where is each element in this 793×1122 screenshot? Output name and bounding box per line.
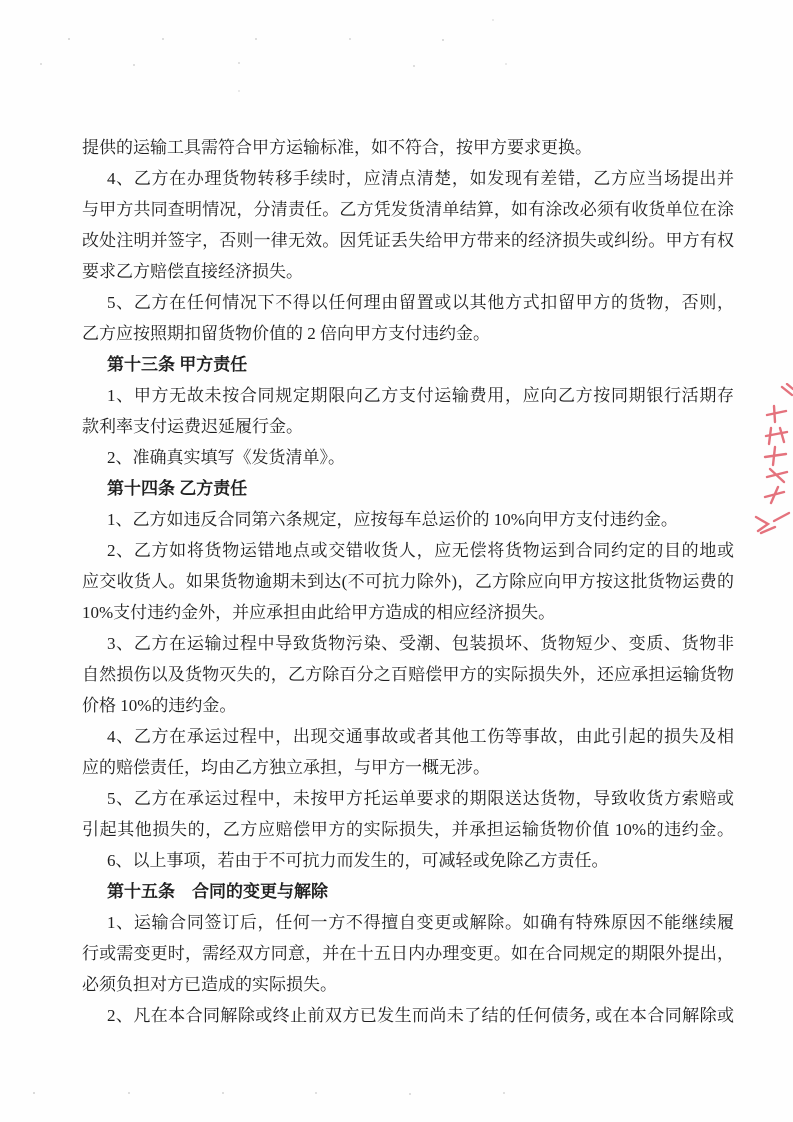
contract-line: 应的赔偿责任，均由乙方独立承担，与甲方一概无涉。 xyxy=(82,752,734,783)
contract-line: 提供的运输工具需符合甲方运输标准，如不符合，按甲方要求更换。 xyxy=(82,132,734,163)
contract-line: 引起其他损失的，乙方应赔偿甲方的实际损失，并承担运输货物价值 10%的违约金。 xyxy=(82,814,734,845)
contract-line: 2、凡在本合同解除或终止前双方已发生而尚未了结的任何债务, 或在本合同解除或 xyxy=(82,1000,734,1031)
contract-line: 要求乙方赔偿直接经济损失。 xyxy=(82,256,734,287)
contract-line: 1、运输合同签订后，任何一方不得擅自变更或解除。如确有特殊原因不能继续履 xyxy=(82,907,734,938)
contract-line: 4、乙方在办理货物转移手续时，应清点清楚，如发现有差错，乙方应当场提出并 xyxy=(82,163,734,194)
red-seal-strokes xyxy=(756,384,793,533)
contract-line: 乙方应按照期扣留货物价值的 2 倍向甲方支付违约金。 xyxy=(82,318,734,349)
contract-line: 改处注明并签字，否则一律无效。因凭证丢失给甲方带来的经济损失或纠纷。甲方有权 xyxy=(82,225,734,256)
section-heading: 第十三条 甲方责任 xyxy=(82,349,734,380)
contract-line: 款利率支付运费迟延履行金。 xyxy=(82,411,734,442)
contract-line: 6、以上事项，若由于不可抗力而发生的，可减轻或免除乙方责任。 xyxy=(82,845,734,876)
contract-line: 2、乙方如将货物运错地点或交错收货人，应无偿将货物运到合同约定的目的地或 xyxy=(82,535,734,566)
scan-noise-specks xyxy=(0,0,2,2)
contract-line: 1、乙方如违反合同第六条规定，应按每车总运价的 10%向甲方支付违约金。 xyxy=(82,504,734,535)
contract-line: 价格 10%的违约金。 xyxy=(82,690,734,721)
contract-line: 5、乙方在承运过程中，未按甲方托运单要求的期限送达货物，导致收货方索赔或 xyxy=(82,783,734,814)
contract-text-block: 提供的运输工具需符合甲方运输标准，如不符合，按甲方要求更换。4、乙方在办理货物转… xyxy=(82,132,734,1031)
contract-line: 应交收货人。如果货物逾期未到达(不可抗力除外)，乙方除应向甲方按这批货物运费的 xyxy=(82,566,734,597)
contract-line: 必须负担对方已造成的实际损失。 xyxy=(82,969,734,1000)
contract-line: 行或需变更时，需经双方同意，并在十五日内办理变更。如在合同规定的期限外提出， xyxy=(82,938,734,969)
contract-line: 3、乙方在运输过程中导致货物污染、受潮、包装损坏、货物短少、变质、货物非 xyxy=(82,628,734,659)
red-seal-stamp xyxy=(753,383,793,535)
contract-line: 2、准确真实填写《发货清单》。 xyxy=(82,442,734,473)
contract-line: 5、乙方在任何情况下不得以任何理由留置或以其他方式扣留甲方的货物，否则， xyxy=(82,287,734,318)
contract-line: 自然损伤以及货物灭失的，乙方除百分之百赔偿甲方的实际损失外，还应承担运输货物 xyxy=(82,659,734,690)
section-heading: 第十五条 合同的变更与解除 xyxy=(82,876,734,907)
contract-line: 10%支付违约金外，并应承担由此给甲方造成的相应经济损失。 xyxy=(82,597,734,628)
contract-line: 与甲方共同查明情况，分清责任。乙方凭发货清单结算，如有涂改必须有收货单位在涂 xyxy=(82,194,734,225)
section-heading: 第十四条 乙方责任 xyxy=(82,473,734,504)
contract-line: 4、乙方在承运过程中，出现交通事故或者其他工伤等事故，由此引起的损失及相 xyxy=(82,721,734,752)
contract-line: 1、甲方无故未按合同规定期限向乙方支付运输费用，应向乙方按同期银行活期存 xyxy=(82,380,734,411)
document-page: 提供的运输工具需符合甲方运输标准，如不符合，按甲方要求更换。4、乙方在办理货物转… xyxy=(0,0,793,1122)
